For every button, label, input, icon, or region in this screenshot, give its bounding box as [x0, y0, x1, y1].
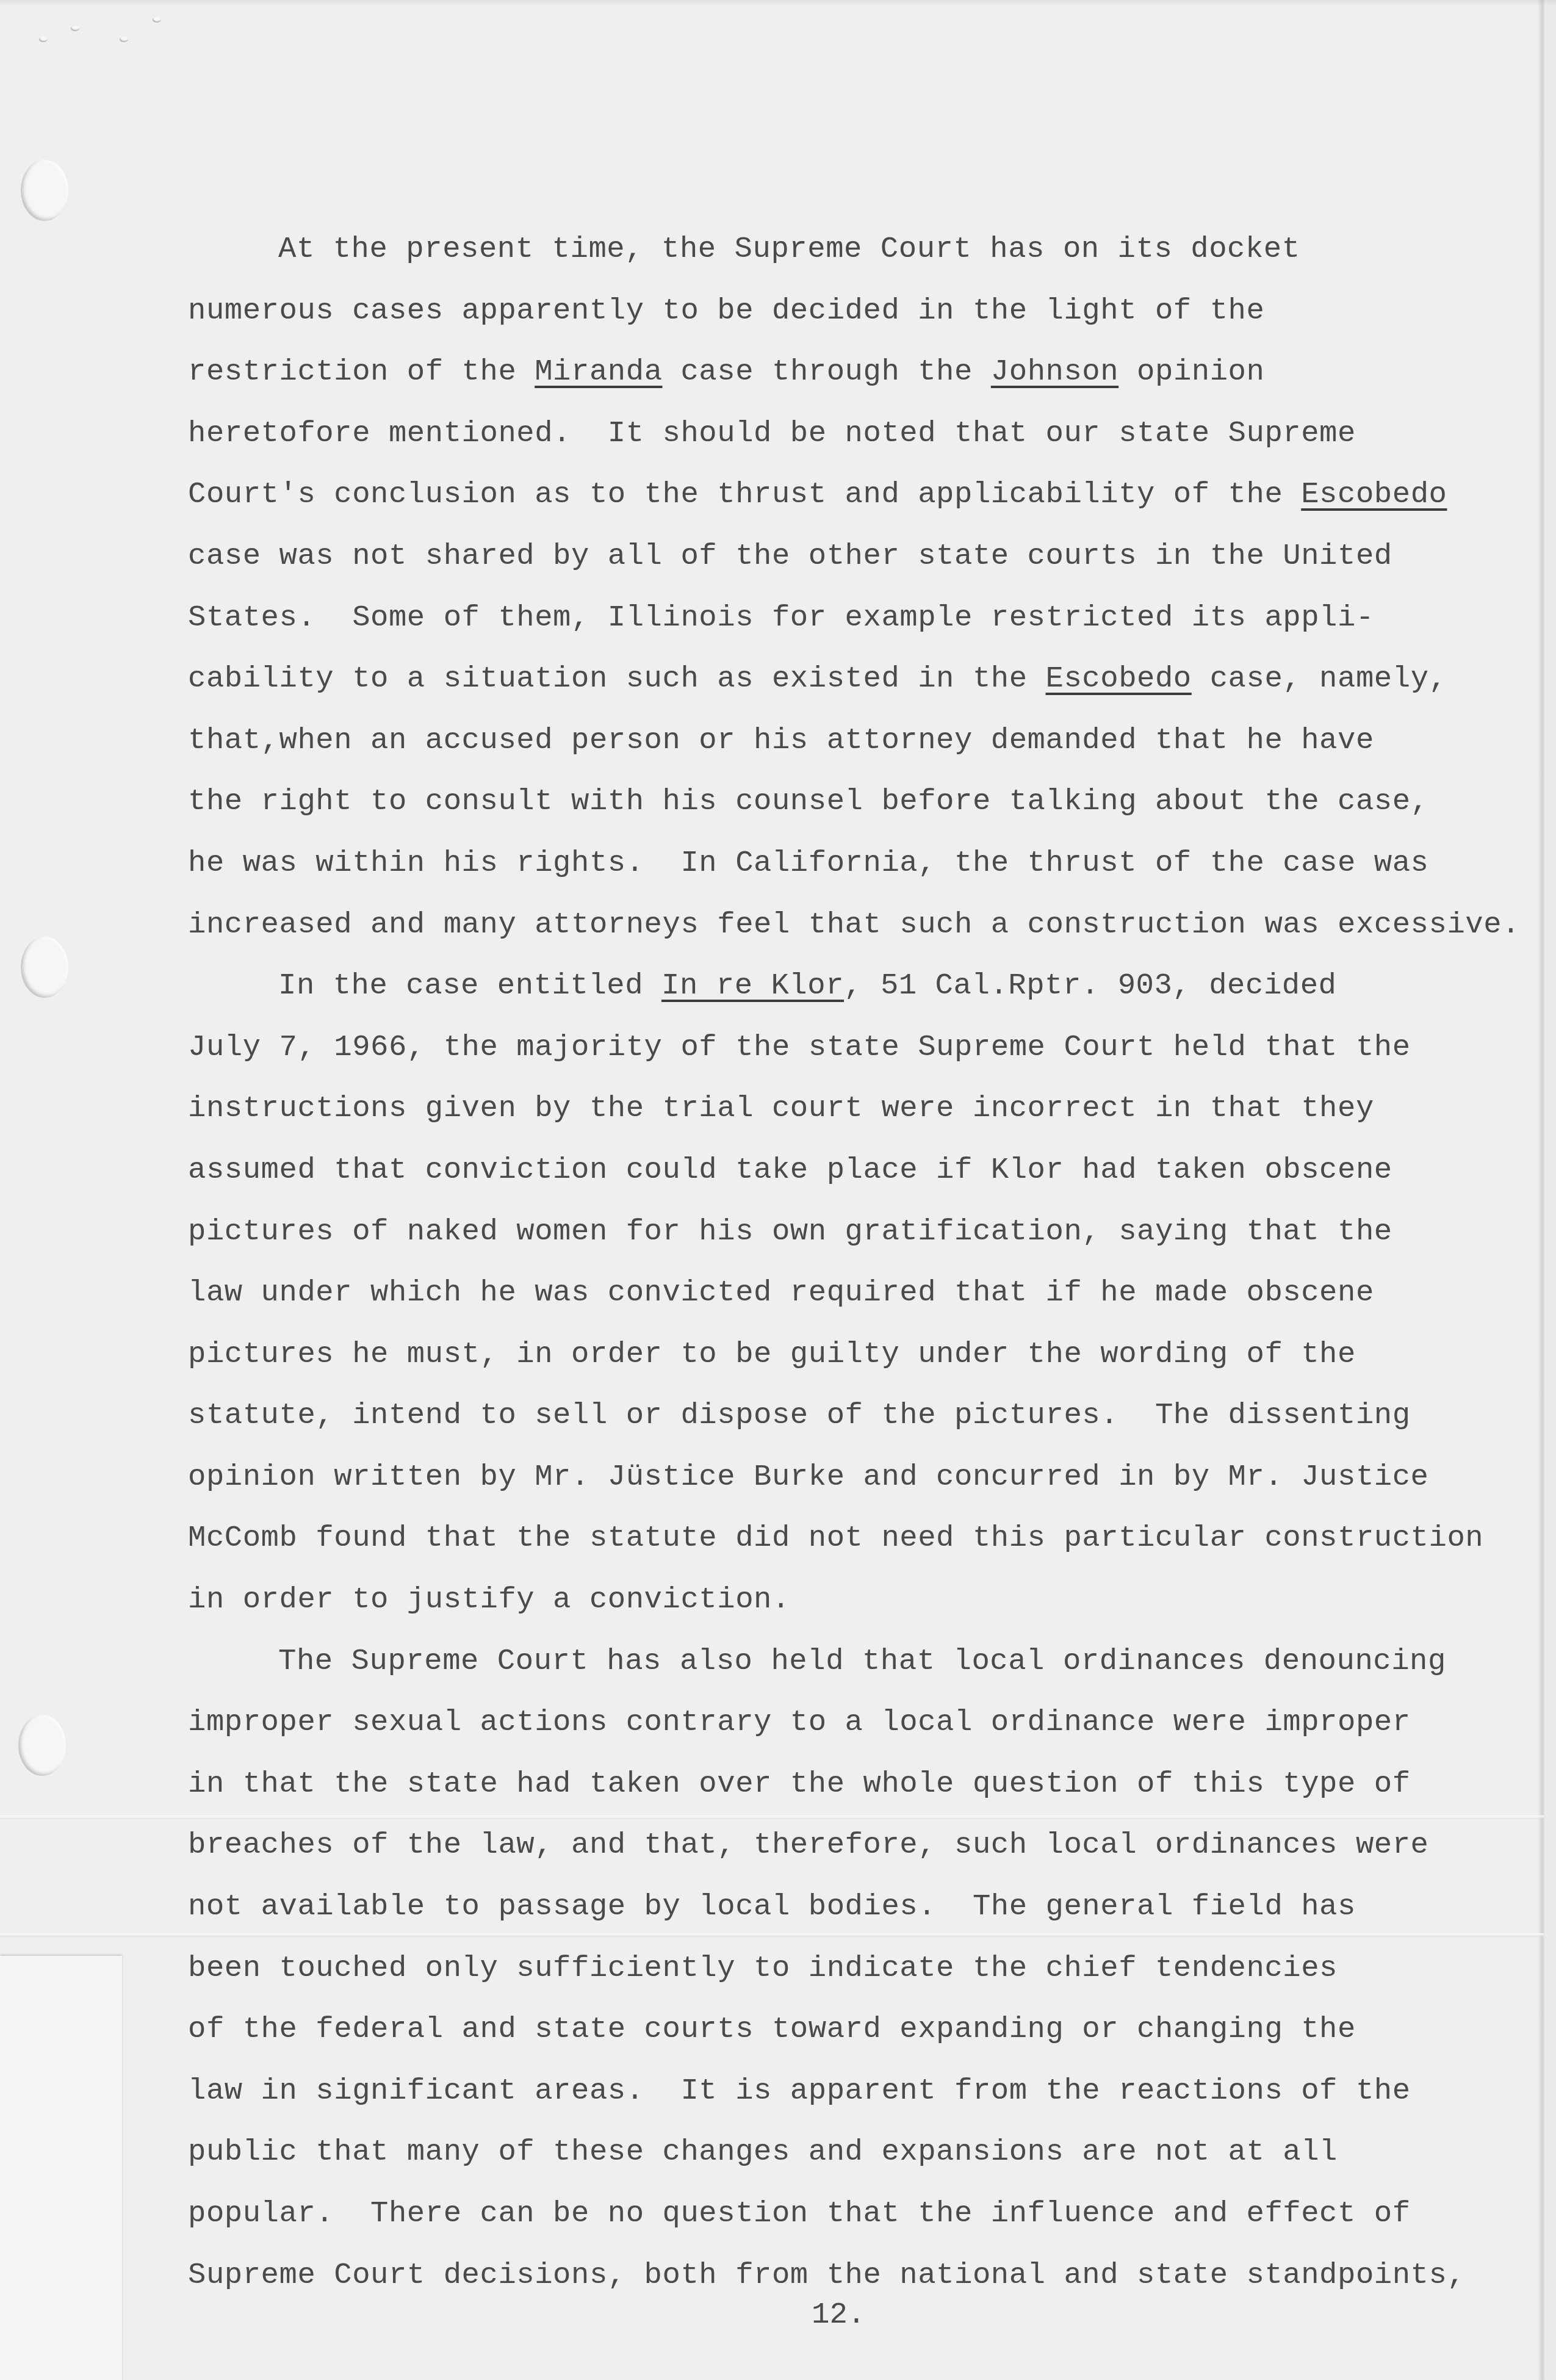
- text-line: pictures he must, in order to be guilty …: [188, 1324, 1549, 1385]
- text-run: increased and many attorneys feel that s…: [188, 907, 1520, 942]
- text-line: heretofore mentioned. It should be noted…: [188, 403, 1549, 464]
- case-name-underlined: In re Klor: [661, 968, 844, 1003]
- text-run: At the present time, the Supreme Court h…: [278, 232, 1300, 266]
- text-run: not available to passage by local bodies…: [188, 1889, 1356, 1924]
- paper-speck: [153, 17, 161, 23]
- text-run: improper sexual actions contrary to a lo…: [188, 1705, 1411, 1739]
- text-run: public that many of these changes and ex…: [188, 2135, 1338, 2169]
- text-line: statute, intend to sell or dispose of th…: [188, 1385, 1549, 1446]
- text-run: heretofore mentioned. It should be noted…: [188, 416, 1356, 450]
- text-run: he was within his rights. In California,…: [188, 846, 1429, 880]
- text-run: pictures of naked women for his own grat…: [188, 1214, 1392, 1249]
- text-run: case was not shared by all of the other …: [188, 539, 1392, 573]
- case-name-underlined: Escobedo: [1301, 477, 1447, 511]
- text-line: assumed that conviction could take place…: [188, 1139, 1549, 1201]
- text-line: restriction of the Miranda case through …: [188, 341, 1549, 403]
- text-run: In the case entitled: [278, 968, 661, 1003]
- text-line: States. Some of them, Illinois for examp…: [188, 587, 1549, 649]
- punch-hole-bottom: [18, 1715, 66, 1776]
- text-run: law in significant areas. It is apparent…: [188, 2074, 1411, 2108]
- text-run: case, namely,: [1192, 662, 1447, 696]
- text-run: that,when an accused person or his attor…: [188, 723, 1374, 757]
- text-run: McComb found that the statute did not ne…: [188, 1521, 1483, 1555]
- text-line: he was within his rights. In California,…: [188, 832, 1549, 894]
- text-run: statute, intend to sell or dispose of th…: [188, 1398, 1411, 1432]
- text-run: breaches of the law, and that, therefore…: [188, 1828, 1429, 1862]
- text-run: law under which he was convicted require…: [188, 1275, 1374, 1310]
- text-run: restriction of the: [188, 355, 535, 389]
- text-line: Supreme Court decisions, both from the n…: [188, 2245, 1549, 2306]
- case-name-underlined: Miranda: [535, 355, 662, 389]
- text-line: cability to a situation such as existed …: [188, 648, 1549, 710]
- text-line: instructions given by the trial court we…: [188, 1078, 1549, 1139]
- text-line: law under which he was convicted require…: [188, 1262, 1549, 1324]
- text-line: The Supreme Court has also held that loc…: [188, 1631, 1549, 1692]
- text-line: increased and many attorneys feel that s…: [188, 894, 1549, 956]
- case-name-underlined: Escobedo: [1046, 662, 1192, 696]
- text-run: July 7, 1966, the majority of the state …: [188, 1030, 1411, 1064]
- text-line: public that many of these changes and ex…: [188, 2121, 1549, 2183]
- punch-hole-top: [21, 160, 68, 221]
- paper-torn-corner: [0, 1956, 122, 2380]
- text-run: in order to justify a conviction.: [188, 1582, 790, 1617]
- paper-speck: [120, 37, 128, 42]
- text-line: been touched only sufficiently to indica…: [188, 1938, 1549, 1999]
- case-name-underlined: Johnson: [991, 355, 1118, 389]
- text-line: Court's conclusion as to the thrust and …: [188, 464, 1549, 525]
- text-line: popular. There can be no question that t…: [188, 2183, 1549, 2245]
- text-line: McComb found that the statute did not ne…: [188, 1507, 1549, 1569]
- text-run: opinion: [1118, 355, 1264, 389]
- paper-speck: [71, 26, 79, 31]
- text-run: the right to consult with his counsel be…: [188, 784, 1429, 818]
- text-line: In the case entitled In re Klor, 51 Cal.…: [188, 955, 1549, 1017]
- text-line: that,when an accused person or his attor…: [188, 710, 1549, 771]
- punch-hole-middle: [21, 937, 68, 998]
- text-line: opinion written by Mr. Jüstice Burke and…: [188, 1446, 1549, 1508]
- text-run: , 51 Cal.Rptr. 903, decided: [844, 968, 1336, 1003]
- text-run: States. Some of them, Illinois for examp…: [188, 600, 1374, 635]
- text-line: the right to consult with his counsel be…: [188, 771, 1549, 832]
- paper-speck: [39, 37, 48, 42]
- text-line: July 7, 1966, the majority of the state …: [188, 1017, 1549, 1078]
- text-line: numerous cases apparently to be decided …: [188, 280, 1549, 342]
- text-line: in order to justify a conviction.: [188, 1569, 1549, 1631]
- text-run: popular. There can be no question that t…: [188, 2196, 1411, 2230]
- text-line: improper sexual actions contrary to a lo…: [188, 1692, 1549, 1753]
- paragraph: In the case entitled In re Klor, 51 Cal.…: [188, 955, 1549, 1631]
- text-line: case was not shared by all of the other …: [188, 525, 1549, 587]
- paragraph: At the present time, the Supreme Court h…: [188, 218, 1549, 955]
- text-line: At the present time, the Supreme Court h…: [188, 218, 1549, 280]
- text-line: not available to passage by local bodies…: [188, 1876, 1549, 1938]
- scanned-page: At the present time, the Supreme Court h…: [0, 0, 1556, 2380]
- text-run: opinion written by Mr. Jüstice Burke and…: [188, 1460, 1429, 1494]
- text-line: of the federal and state courts toward e…: [188, 1999, 1549, 2060]
- paragraph: The Supreme Court has also held that loc…: [188, 1631, 1549, 2306]
- text-line: pictures of naked women for his own grat…: [188, 1201, 1549, 1263]
- text-run: pictures he must, in order to be guilty …: [188, 1337, 1356, 1371]
- text-run: Supreme Court decisions, both from the n…: [188, 2258, 1465, 2292]
- text-run: assumed that conviction could take place…: [188, 1153, 1392, 1187]
- text-line: breaches of the law, and that, therefore…: [188, 1814, 1549, 1876]
- text-run: The Supreme Court has also held that loc…: [278, 1644, 1446, 1678]
- document-body: At the present time, the Supreme Court h…: [188, 218, 1549, 2306]
- text-run: been touched only sufficiently to indica…: [188, 1951, 1338, 1985]
- text-run: numerous cases apparently to be decided …: [188, 294, 1264, 328]
- text-line: law in significant areas. It is apparent…: [188, 2060, 1549, 2122]
- text-run: Court's conclusion as to the thrust and …: [188, 477, 1301, 511]
- text-line: in that the state had taken over the who…: [188, 1753, 1549, 1815]
- text-run: of the federal and state courts toward e…: [188, 2012, 1356, 2046]
- page-number: 12.: [812, 2298, 865, 2332]
- text-run: instructions given by the trial court we…: [188, 1091, 1374, 1125]
- text-run: in that the state had taken over the who…: [188, 1767, 1411, 1801]
- text-run: case through the: [663, 355, 991, 389]
- text-run: cability to a situation such as existed …: [188, 662, 1046, 696]
